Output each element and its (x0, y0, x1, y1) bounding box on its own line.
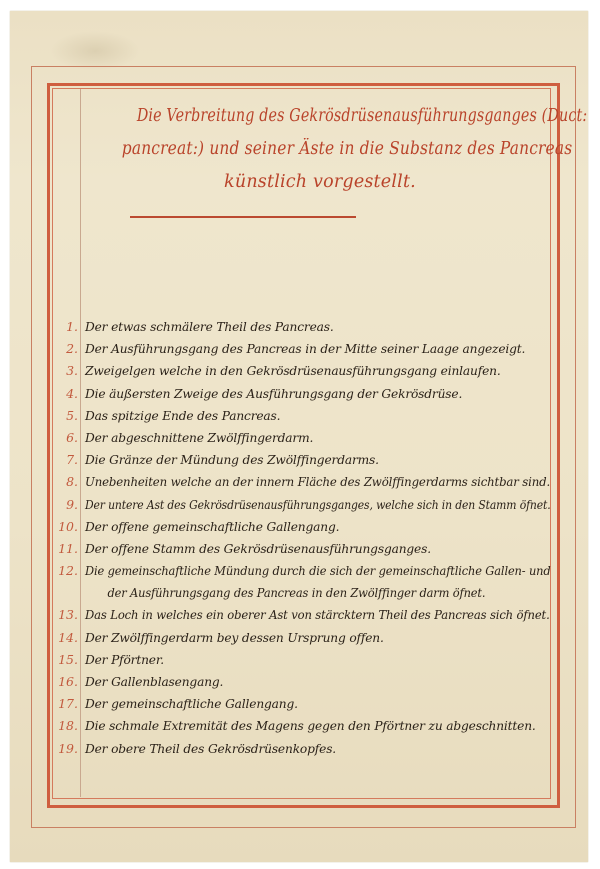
item-text: Der abgeschnittene Zwölffingerdarm. (85, 427, 313, 449)
paper-stain (50, 31, 140, 71)
item-number: 6. (56, 427, 78, 449)
legend-item: 2.Der Ausführungsgang des Pancreas in de… (56, 338, 556, 360)
item-number: 2. (56, 338, 78, 360)
item-text: Der gemeinschaftliche Gallengang. (85, 693, 298, 715)
item-number: 19. (56, 738, 78, 760)
item-text: Das spitzige Ende des Pancreas. (85, 405, 280, 427)
legend-item: 15.Der Pförtner. (56, 649, 556, 671)
item-text: Der obere Theil des Gekrösdrüsenkopfes. (85, 738, 336, 760)
legend-item: 10.Der offene gemeinschaftliche Gallenga… (56, 516, 556, 538)
item-text: Zweigelgen welche in den Gekrösdrüsenaus… (85, 360, 501, 382)
item-number: 17. (56, 693, 78, 715)
legend-item: 1.Der etwas schmälere Theil des Pancreas… (56, 316, 556, 338)
item-text-line-2: der Ausführungsgang des Pancreas in den … (85, 582, 551, 604)
legend-item: 13.Das Loch in welches ein oberer Ast vo… (56, 604, 556, 626)
item-text: Der Zwölffingerdarm bey dessen Ursprung … (85, 627, 384, 649)
title-line-1: Die Verbreitung des Gekrösdrüsenausführu… (137, 100, 503, 133)
item-number: 15. (56, 649, 78, 671)
legend-item: 6.Der abgeschnittene Zwölffingerdarm. (56, 427, 556, 449)
item-number: 7. (56, 449, 78, 471)
item-number: 8. (56, 471, 78, 493)
legend-item: 18.Die schmale Extremität des Magens geg… (56, 715, 556, 737)
item-number: 5. (56, 405, 78, 427)
item-text: Der Pförtner. (85, 649, 164, 671)
legend-item: 12.Die gemeinschaftliche Mündung durch d… (56, 560, 556, 604)
item-number: 3. (56, 360, 78, 382)
legend-item: 3.Zweigelgen welche in den Gekrösdrüsena… (56, 360, 556, 382)
item-number: 16. (56, 671, 78, 693)
legend-item: 11.Der offene Stamm des Gekrösdrüsenausf… (56, 538, 556, 560)
item-text-line-1: Die gemeinschaftliche Mündung durch die … (85, 564, 551, 578)
item-text: Der etwas schmälere Theil des Pancreas. (85, 316, 334, 338)
title-underline (130, 216, 356, 218)
legend-item: 14.Der Zwölffingerdarm bey dessen Urspru… (56, 627, 556, 649)
document-title: Die Verbreitung des Gekrösdrüsenausführu… (95, 100, 545, 199)
item-number: 4. (56, 383, 78, 405)
legend-item: 16.Der Gallenblasengang. (56, 671, 556, 693)
item-number: 13. (56, 604, 78, 626)
item-number: 12. (56, 560, 78, 582)
legend-item: 17.Der gemeinschaftliche Gallengang. (56, 693, 556, 715)
title-line-2: pancreat:) und seiner Äste in die Substa… (122, 133, 518, 166)
legend-list: 1.Der etwas schmälere Theil des Pancreas… (56, 316, 556, 760)
legend-item: 4.Die äußersten Zweige des Ausführungsga… (56, 383, 556, 405)
item-text: Die äußersten Zweige des Ausführungsgang… (85, 383, 462, 405)
item-text: Der Gallenblasengang. (85, 671, 223, 693)
item-text: Der offene gemeinschaftliche Gallengang. (85, 516, 339, 538)
item-text: Der untere Ast des Gekrösdrüsenausführun… (85, 494, 551, 516)
item-text: Die schmale Extremität des Magens gegen … (85, 715, 536, 737)
title-line-3: künstlich vorgestellt. (95, 166, 545, 199)
item-text: Der offene Stamm des Gekrösdrüsenausführ… (85, 538, 431, 560)
item-number: 11. (56, 538, 78, 560)
legend-item: 7.Die Gränze der Mündung des Zwölffinger… (56, 449, 556, 471)
legend-item: 8.Unebenheiten welche an der innern Fläc… (56, 471, 556, 493)
item-number: 1. (56, 316, 78, 338)
item-text: Die Gränze der Mündung des Zwölffingerda… (85, 449, 379, 471)
item-number: 14. (56, 627, 78, 649)
legend-item: 19.Der obere Theil des Gekrösdrüsenkopfe… (56, 738, 556, 760)
legend-item: 9.Der untere Ast des Gekrösdrüsenausführ… (56, 494, 556, 516)
item-text: Unebenheiten welche an der innern Fläche… (85, 471, 550, 493)
item-text: Der Ausführungsgang des Pancreas in der … (85, 338, 525, 360)
item-number: 18. (56, 715, 78, 737)
item-number: 9. (56, 494, 78, 516)
item-number: 10. (56, 516, 78, 538)
legend-item: 5.Das spitzige Ende des Pancreas. (56, 405, 556, 427)
item-text: Die gemeinschaftliche Mündung durch die … (85, 560, 551, 604)
item-text: Das Loch in welches ein oberer Ast von s… (85, 604, 550, 626)
